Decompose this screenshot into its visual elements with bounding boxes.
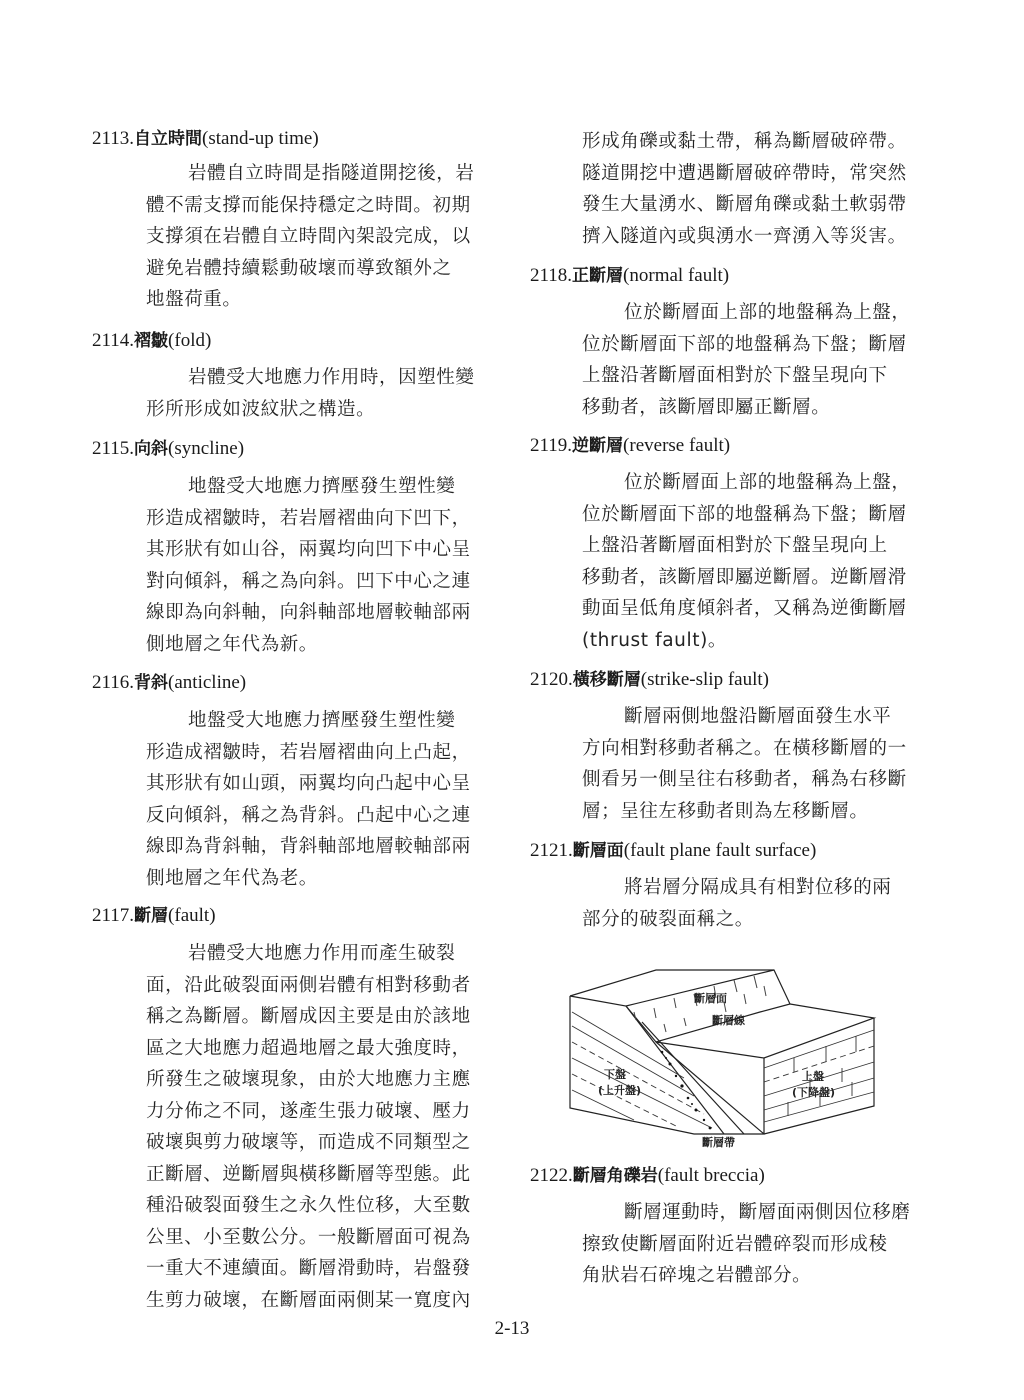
entry-body-2116: 地盤受大地應力擠壓發生塑性變 形造成褶皺時，若岩層褶曲向上凸起， 其形狀有如山頭…	[146, 705, 506, 894]
entry-number: 2118.	[530, 265, 572, 286]
entry-number: 2117.	[92, 905, 134, 926]
term-en: (anticline)	[168, 672, 246, 693]
entry-title-2121: 2121.斷層面(fault plane fault surface)	[530, 839, 816, 863]
page-number: 2-13	[0, 1318, 1024, 1340]
body-line: 隧道開挖中遭遇斷層破碎帶時，常突然	[582, 158, 942, 190]
body-line: 避免岩體持續鬆動破壞而導致額外之	[146, 253, 506, 285]
term-zh: 逆斷層	[572, 436, 623, 456]
entry-body-2118: 位於斷層面上部的地盤稱為上盤， 位於斷層面下部的地盤稱為下盤；斷層 上盤沿著斷層…	[582, 297, 942, 423]
body-line: 稱之為斷層。斷層成因主要是由於該地	[146, 1001, 506, 1033]
entry-title-2114: 2114.褶皺(fold)	[92, 329, 211, 353]
term-zh: 斷層	[134, 906, 168, 926]
body-line: 動面呈低角度傾斜者，又稱為逆衝斷層	[582, 593, 942, 625]
term-en: (fault plane fault surface)	[624, 840, 817, 861]
entry-number: 2122.	[530, 1165, 573, 1186]
body-line: 公里、小至數公分。一般斷層面可視為	[146, 1222, 506, 1254]
entry-title-2113: 2113.自立時間(stand-up time)	[92, 127, 319, 151]
body-line: 部分的破裂面稱之。	[582, 904, 942, 936]
body-line: 線即為向斜軸，向斜軸部地層較軸部兩	[146, 597, 506, 629]
body-line: 位於斷層面下部的地盤稱為下盤；斷層	[582, 329, 942, 361]
term-en: (fold)	[168, 330, 211, 351]
term-en: (syncline)	[168, 438, 244, 459]
body-line: 生剪力破壞，在斷層面兩側某一寬度內	[146, 1285, 506, 1317]
term-zh: 正斷層	[572, 266, 623, 286]
body-line: 形成角礫或黏土帶，稱為斷層破碎帶。	[582, 126, 942, 158]
entry-number: 2113.	[92, 128, 134, 149]
body-line: 岩體受大地應力作用時，因塑性變	[146, 362, 506, 394]
body-line: 移動者，該斷層即屬正斷層。	[582, 392, 942, 424]
body-line: 側地層之年代為新。	[146, 629, 506, 661]
body-line: 上盤沿著斷層面相對於下盤呈現向上	[582, 530, 942, 562]
entry-title-2120: 2120.橫移斷層(strike-slip fault)	[530, 668, 769, 692]
body-line: 所發生之破壞現象，由於大地應力主應	[146, 1064, 506, 1096]
body-line: 形所形成如波紋狀之構造。	[146, 394, 506, 426]
label-hanging-wall: 上盤	[802, 1068, 824, 1084]
term-zh: 橫移斷層	[573, 670, 641, 690]
body-line: 上盤沿著斷層面相對於下盤呈現向下	[582, 360, 942, 392]
body-line: 岩體自立時間是指隧道開挖後，岩	[146, 158, 506, 190]
body-line: 反向傾斜，稱之為背斜。凸起中心之連	[146, 800, 506, 832]
label-fault-line: 斷層線	[712, 1012, 745, 1028]
body-line: 支撐須在岩體自立時間內架設完成，以	[146, 221, 506, 253]
entry-title-2119: 2119.逆斷層(reverse fault)	[530, 434, 730, 458]
body-line: 位於斷層面上部的地盤稱為上盤，	[582, 297, 942, 329]
body-line: (thrust fault)。	[582, 625, 942, 657]
entry-number: 2121.	[530, 840, 573, 861]
body-line: 一重大不連續面。斷層滑動時，岩盤發	[146, 1253, 506, 1285]
entry-body-2119: 位於斷層面上部的地盤稱為上盤， 位於斷層面下部的地盤稱為下盤；斷層 上盤沿著斷層…	[582, 467, 942, 656]
body-line: 斷層運動時，斷層面兩側因位移磨	[582, 1197, 942, 1229]
body-line: 側看另一側呈往右移動者，稱為右移斷	[582, 764, 942, 796]
body-line: 擦致使斷層面附近岩體碎裂而形成稜	[582, 1229, 942, 1261]
body-line: 對向傾斜，稱之為向斜。凹下中心之連	[146, 566, 506, 598]
label-footwall-uplift: (上升盤)	[598, 1082, 641, 1098]
term-en: (fault)	[168, 905, 215, 926]
body-line: 擠入隧道內或與湧水一齊湧入等災害。	[582, 221, 942, 253]
body-line: 地盤受大地應力擠壓發生塑性變	[146, 471, 506, 503]
entry-body-2117: 岩體受大地應力作用而產生破裂 面，沿此破裂面兩側岩體有相對移動者 稱之為斷層。斷…	[146, 938, 506, 1316]
entry-body-2121: 將岩層分隔成具有相對位移的兩 部分的破裂面稱之。	[582, 872, 942, 935]
body-line: 位於斷層面下部的地盤稱為下盤；斷層	[582, 499, 942, 531]
body-line: 方向相對移動者稱之。在橫移斷層的一	[582, 733, 942, 765]
body-line: 種沿破裂面發生之永久性位移，大至數	[146, 1190, 506, 1222]
body-line: 將岩層分隔成具有相對位移的兩	[582, 872, 942, 904]
body-line: 岩體受大地應力作用而產生破裂	[146, 938, 506, 970]
body-line: 移動者，該斷層即屬逆斷層。逆斷層滑	[582, 562, 942, 594]
body-line: 側地層之年代為老。	[146, 863, 506, 895]
entry-title-2117: 2117.斷層(fault)	[92, 904, 216, 928]
term-zh: 斷層角礫岩	[573, 1166, 658, 1186]
body-line: 地盤受大地應力擠壓發生塑性變	[146, 705, 506, 737]
body-line: 破壞與剪力破壞等，而造成不同類型之	[146, 1127, 506, 1159]
entry-number: 2119.	[530, 435, 572, 456]
body-line: 面，沿此破裂面兩側岩體有相對移動者	[146, 970, 506, 1002]
term-zh: 向斜	[134, 439, 168, 459]
body-line: 發生大量湧水、斷層角礫或黏土軟弱帶	[582, 189, 942, 221]
term-zh: 自立時間	[134, 129, 202, 149]
term-en: (stand-up time)	[202, 128, 319, 149]
entry-body-2120: 斷層兩側地盤沿斷層面發生水平 方向相對移動者稱之。在橫移斷層的一 側看另一側呈往…	[582, 701, 942, 827]
entry-body-2122: 斷層運動時，斷層面兩側因位移磨 擦致使斷層面附近岩體碎裂而形成稜 角狀岩石碎塊之…	[582, 1197, 942, 1292]
body-line: 地盤荷重。	[146, 284, 506, 316]
entry-title-2122: 2122.斷層角礫岩(fault breccia)	[530, 1164, 765, 1188]
entry-number: 2115.	[92, 438, 134, 459]
entry-title-2115: 2115.向斜(syncline)	[92, 437, 244, 461]
body-line: 形造成褶皺時，若岩層褶曲向上凸起，	[146, 737, 506, 769]
entry-title-2116: 2116.背斜(anticline)	[92, 671, 246, 695]
fault-block-diagram: 斷層面 斷層線 下盤 (上升盤) 上盤 (下降盤) 斷層帶	[564, 968, 882, 1148]
term-en: (strike-slip fault)	[641, 669, 769, 690]
entry-number: 2120.	[530, 669, 573, 690]
body-line: 其形狀有如山頭，兩翼均向凸起中心呈	[146, 768, 506, 800]
entry-body-2113: 岩體自立時間是指隧道開挖後，岩 體不需支撐而能保持穩定之時間。初期 支撐須在岩體…	[146, 158, 506, 316]
term-en: (reverse fault)	[623, 435, 730, 456]
body-line: 正斷層、逆斷層與橫移斷層等型態。此	[146, 1159, 506, 1191]
entry-title-2118: 2118.正斷層(normal fault)	[530, 264, 729, 288]
label-fault-zone: 斷層帶	[702, 1134, 735, 1150]
term-zh: 背斜	[134, 673, 168, 693]
label-fault-plane: 斷層面	[694, 990, 727, 1006]
term-zh: 斷層面	[573, 841, 624, 861]
label-hanging-wall-down: (下降盤)	[792, 1084, 835, 1100]
term-en: (normal fault)	[623, 265, 729, 286]
label-footwall: 下盤	[604, 1066, 626, 1082]
entry-number: 2116.	[92, 672, 134, 693]
continuation-2117: 形成角礫或黏土帶，稱為斷層破碎帶。 隧道開挖中遭遇斷層破碎帶時，常突然 發生大量…	[582, 126, 942, 252]
body-line: 體不需支撐而能保持穩定之時間。初期	[146, 190, 506, 222]
entry-body-2115: 地盤受大地應力擠壓發生塑性變 形造成褶皺時，若岩層褶曲向下凹下， 其形狀有如山谷…	[146, 471, 506, 660]
body-line: 層；呈往左移動者則為左移斷層。	[582, 796, 942, 828]
entry-body-2114: 岩體受大地應力作用時，因塑性變 形所形成如波紋狀之構造。	[146, 362, 506, 425]
body-line: 形造成褶皺時，若岩層褶曲向下凹下，	[146, 503, 506, 535]
body-line: 力分佈之不同，遂產生張力破壞、壓力	[146, 1096, 506, 1128]
body-line: 區之大地應力超過地層之最大強度時，	[146, 1033, 506, 1065]
body-line: 斷層兩側地盤沿斷層面發生水平	[582, 701, 942, 733]
body-line: 線即為背斜軸，背斜軸部地層較軸部兩	[146, 831, 506, 863]
term-zh: 褶皺	[134, 331, 168, 351]
entry-number: 2114.	[92, 330, 134, 351]
body-line: 其形狀有如山谷，兩翼均向凹下中心呈	[146, 534, 506, 566]
body-line: 角狀岩石碎塊之岩體部分。	[582, 1260, 942, 1292]
term-en: (fault breccia)	[658, 1165, 765, 1186]
body-line: 位於斷層面上部的地盤稱為上盤，	[582, 467, 942, 499]
